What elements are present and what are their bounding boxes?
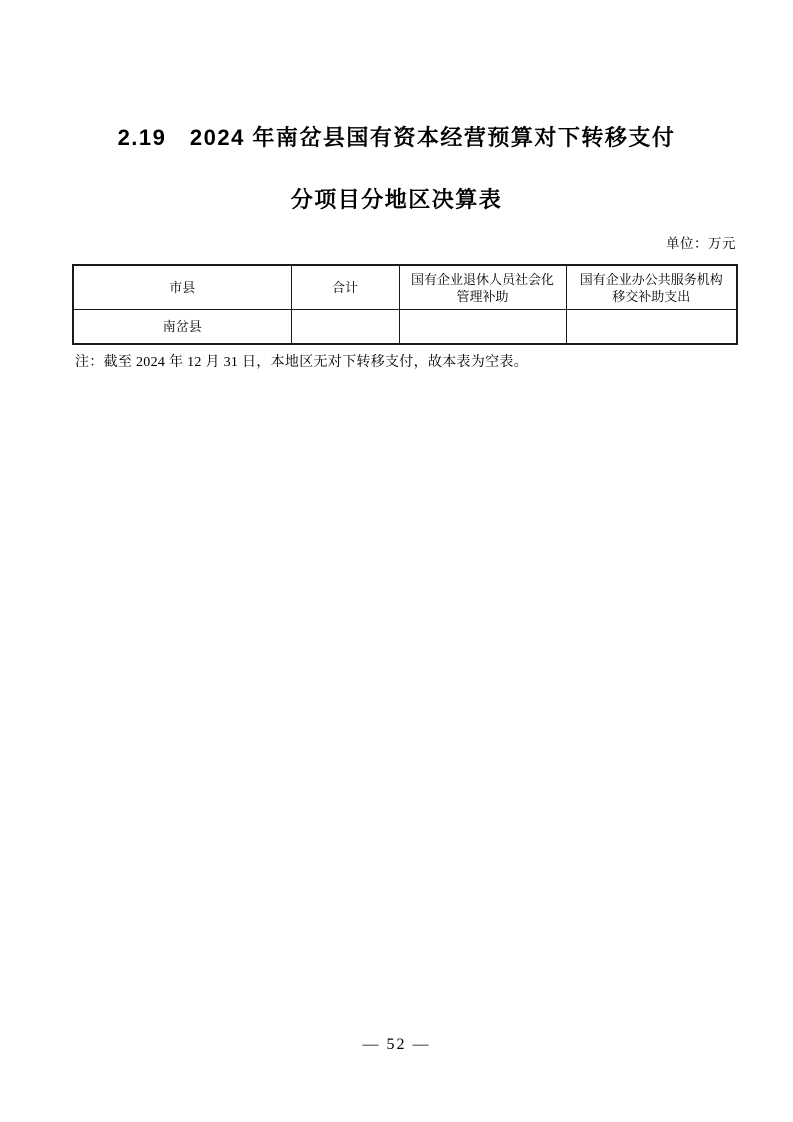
page-title-line1: 2.19 2024 年南岔县国有资本经营预算对下转移支付 bbox=[0, 121, 793, 152]
cell-region-name: 南岔县 bbox=[73, 310, 291, 345]
table-row: 南岔县 bbox=[73, 310, 737, 345]
cell-public-service-value bbox=[566, 310, 737, 345]
cell-total-value bbox=[291, 310, 399, 345]
transfer-payment-table: 市县 合计 国有企业退休人员社会化 管理补助 国有企业办公共服务机构 移交补助支… bbox=[72, 264, 738, 345]
header-cell-total: 合计 bbox=[291, 265, 399, 310]
table-header-row: 市县 合计 国有企业退休人员社会化 管理补助 国有企业办公共服务机构 移交补助支… bbox=[73, 265, 737, 310]
document-page: 2.19 2024 年南岔县国有资本经营预算对下转移支付 分项目分地区决算表 单… bbox=[0, 0, 793, 1122]
page-title-line2: 分项目分地区决算表 bbox=[0, 183, 793, 214]
page-number: — 52 — bbox=[0, 1036, 793, 1054]
unit-label: 单位：万元 bbox=[72, 232, 736, 252]
header-cell-public-service-transfer: 国有企业办公共服务机构 移交补助支出 bbox=[566, 265, 737, 310]
footnote: 注：截至 2024 年 12 月 31 日，本地区无对下转移支付，故本表为空表。 bbox=[75, 351, 753, 371]
header-cell-social-mgmt-subsidy: 国有企业退休人员社会化 管理补助 bbox=[399, 265, 566, 310]
cell-social-mgmt-value bbox=[399, 310, 566, 345]
header-cell-region: 市县 bbox=[73, 265, 291, 310]
